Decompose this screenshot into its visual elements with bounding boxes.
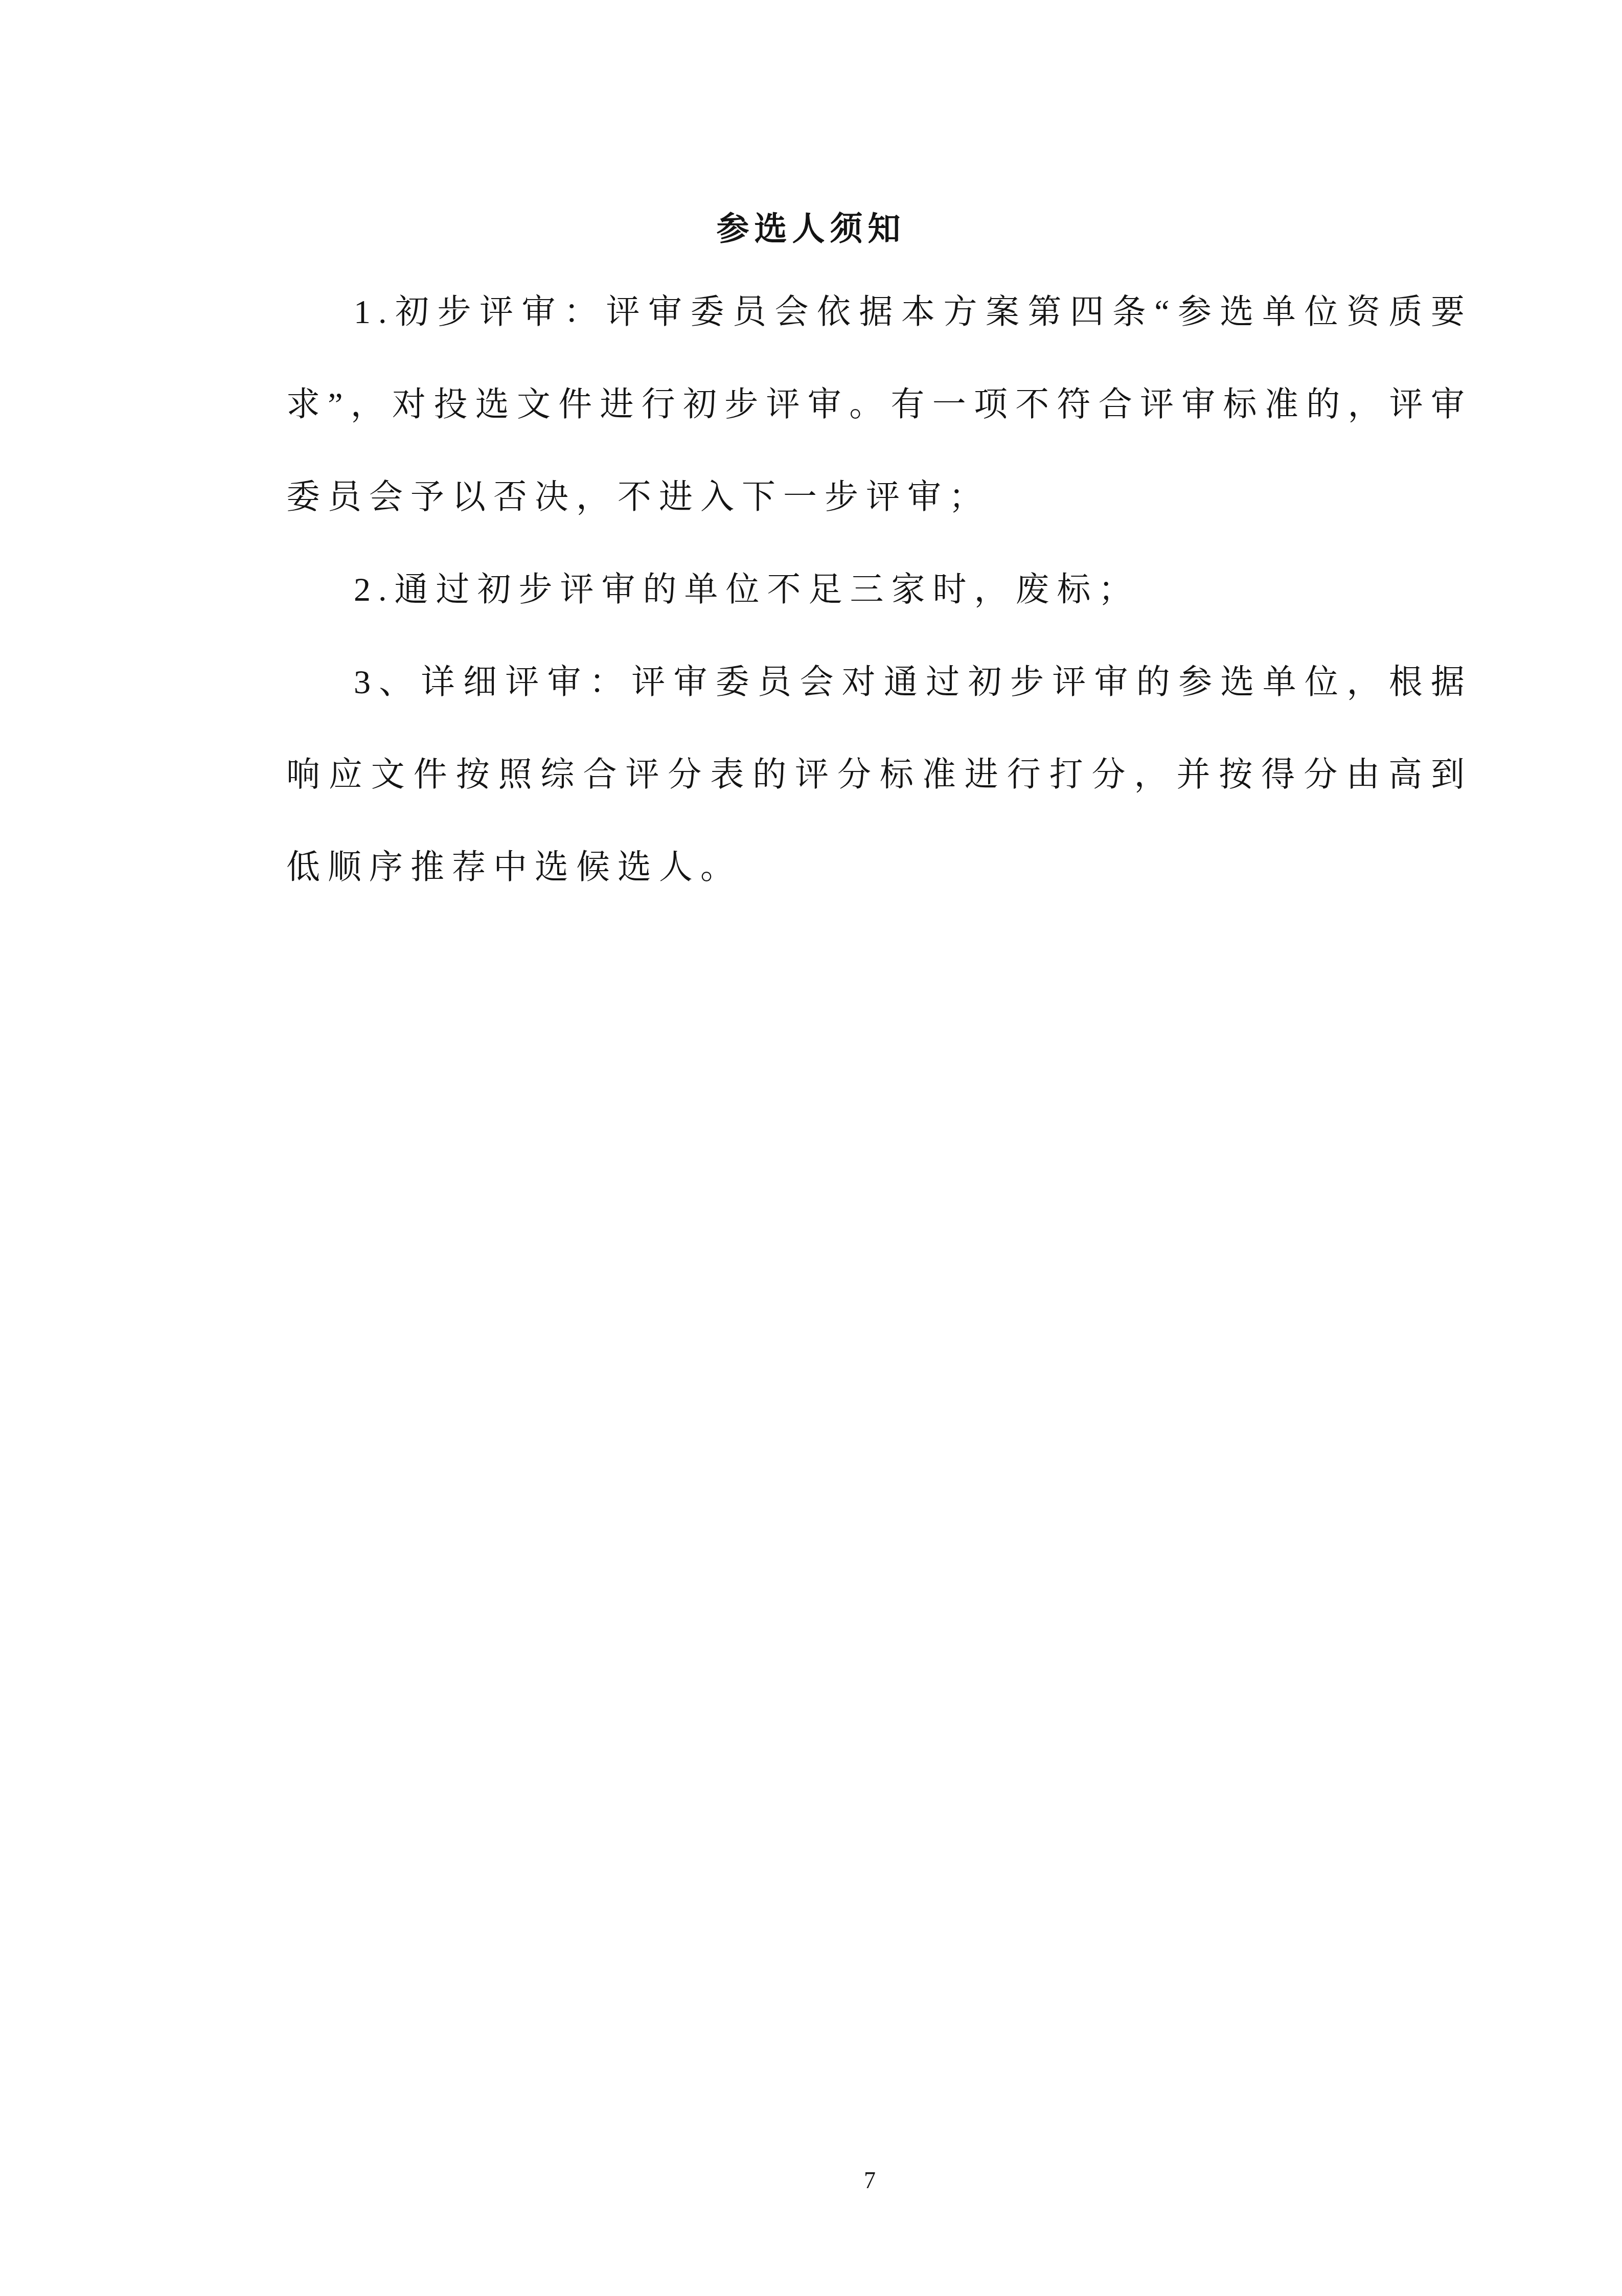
document-page: 参选人须知 1.初步评审：评审委员会依据本方案第四条“参选单位资质要求”，对投选…	[0, 0, 1622, 2296]
page-number: 7	[0, 2167, 1622, 2194]
paragraph-insufficient-bidders: 2.通过初步评审的单位不足三家时，废标；	[286, 543, 1472, 636]
paragraph-detailed-review: 3、详细评审：评审委员会对通过初步评审的参选单位，根据响应文件按照综合评分表的评…	[286, 636, 1472, 914]
paragraph-preliminary-review: 1.初步评审：评审委员会依据本方案第四条“参选单位资质要求”，对投选文件进行初步…	[286, 266, 1472, 543]
document-body: 1.初步评审：评审委员会依据本方案第四条“参选单位资质要求”，对投选文件进行初步…	[286, 266, 1472, 914]
document-title: 参选人须知	[0, 203, 1622, 255]
